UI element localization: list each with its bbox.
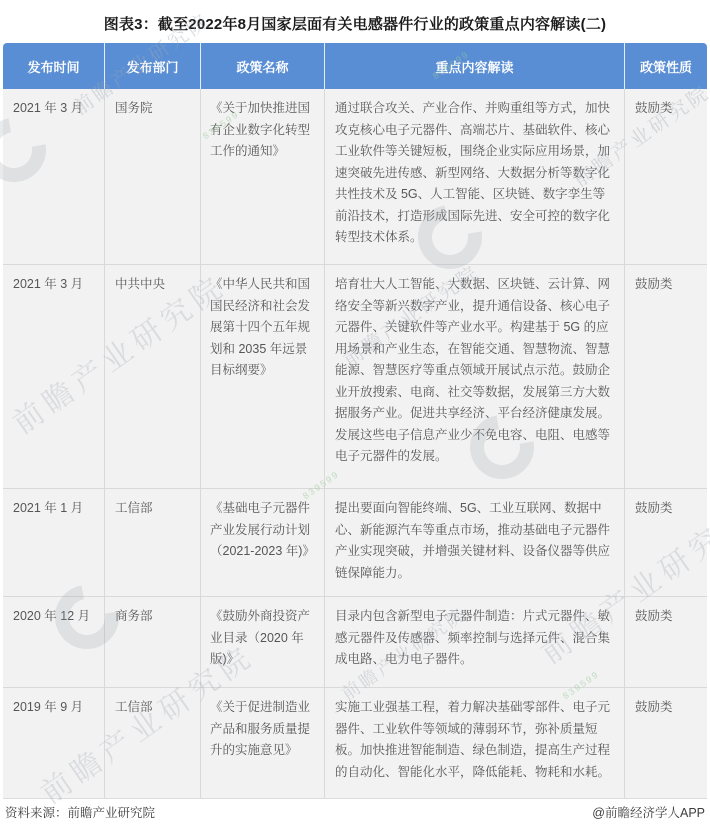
- cell-policy-nature: 鼓励类: [625, 489, 707, 596]
- cell-policy-nature: 鼓励类: [625, 89, 707, 264]
- cell-policy-name: 《鼓励外商投资产业目录（2020 年版)》: [201, 597, 325, 687]
- page-title: 图表3：截至2022年8月国家层面有关电感器件行业的政策重点内容解读(二): [4, 13, 706, 34]
- cell-date: 2020 年 12 月: [3, 597, 105, 687]
- header-publish-department: 发布部门: [105, 43, 201, 89]
- cell-content: 培育壮大人工智能、大数据、区块链、云计算、网络安全等新兴数字产业，提升通信设备、…: [325, 265, 625, 488]
- header-key-content: 重点内容解读: [325, 43, 625, 89]
- cell-policy-name: 《关于加快推进国有企业数字化转型工作的通知》: [201, 89, 325, 264]
- cell-policy-nature: 鼓励类: [625, 265, 707, 488]
- cell-date: 2021 年 1 月: [3, 489, 105, 596]
- cell-date: 2019 年 9 月: [3, 688, 105, 798]
- header-policy-nature: 政策性质: [625, 43, 707, 89]
- cell-content: 目录内包含新型电子元器件制造：片式元器件、敏感元器件及传感器、频率控制与选择元件…: [325, 597, 625, 687]
- cell-department: 工信部: [105, 688, 201, 798]
- cell-department: 工信部: [105, 489, 201, 596]
- table-row: 2021 年 1 月 工信部 《基础电子元器件产业发展行动计划（2021-202…: [3, 488, 707, 596]
- page-footer: 资料来源：前瞻产业研究院 @前瞻经济学人APP: [0, 803, 710, 821]
- table-row: 2021 年 3 月 中共中央 《中华人民共和国国民经济和社会发展第十四个五年规…: [3, 264, 707, 488]
- cell-department: 商务部: [105, 597, 201, 687]
- table-body: 2021 年 3 月 国务院 《关于加快推进国有企业数字化转型工作的通知》 通过…: [3, 89, 707, 799]
- cell-department: 中共中央: [105, 265, 201, 488]
- cell-policy-name: 《中华人民共和国国民经济和社会发展第十四个五年规划和 2035 年远景目标纲要》: [201, 265, 325, 488]
- header-policy-name: 政策名称: [201, 43, 325, 89]
- cell-policy-name: 《基础电子元器件产业发展行动计划（2021-2023 年)》: [201, 489, 325, 596]
- header-publish-time: 发布时间: [3, 43, 105, 89]
- source-note: 资料来源：前瞻产业研究院: [5, 803, 155, 821]
- cell-policy-name: 《关于促进制造业产品和服务质量提升的实施意见》: [201, 688, 325, 798]
- cell-date: 2021 年 3 月: [3, 89, 105, 264]
- policy-table: 发布时间 发布部门 政策名称 重点内容解读 政策性质 2021 年 3 月 国务…: [3, 43, 707, 799]
- table-header-row: 发布时间 发布部门 政策名称 重点内容解读 政策性质: [3, 43, 707, 89]
- cell-policy-nature: 鼓励类: [625, 688, 707, 798]
- table-row: 2021 年 3 月 国务院 《关于加快推进国有企业数字化转型工作的通知》 通过…: [3, 89, 707, 264]
- cell-department: 国务院: [105, 89, 201, 264]
- table-row: 2019 年 9 月 工信部 《关于促进制造业产品和服务质量提升的实施意见》 实…: [3, 687, 707, 798]
- cell-policy-nature: 鼓励类: [625, 597, 707, 687]
- cell-content: 实施工业强基工程，着力解决基础零部件、电子元器件、工业软件等领域的薄弱环节，弥补…: [325, 688, 625, 798]
- cell-content: 通过联合攻关、产业合作、并购重组等方式，加快攻克核心电子元器件、高端芯片、基础软…: [325, 89, 625, 264]
- cell-content: 提出要面向智能终端、5G、工业互联网、数据中心、新能源汽车等重点市场，推动基础电…: [325, 489, 625, 596]
- cell-date: 2021 年 3 月: [3, 265, 105, 488]
- table-row: 2020 年 12 月 商务部 《鼓励外商投资产业目录（2020 年版)》 目录…: [3, 596, 707, 687]
- credit-note: @前瞻经济学人APP: [592, 803, 705, 821]
